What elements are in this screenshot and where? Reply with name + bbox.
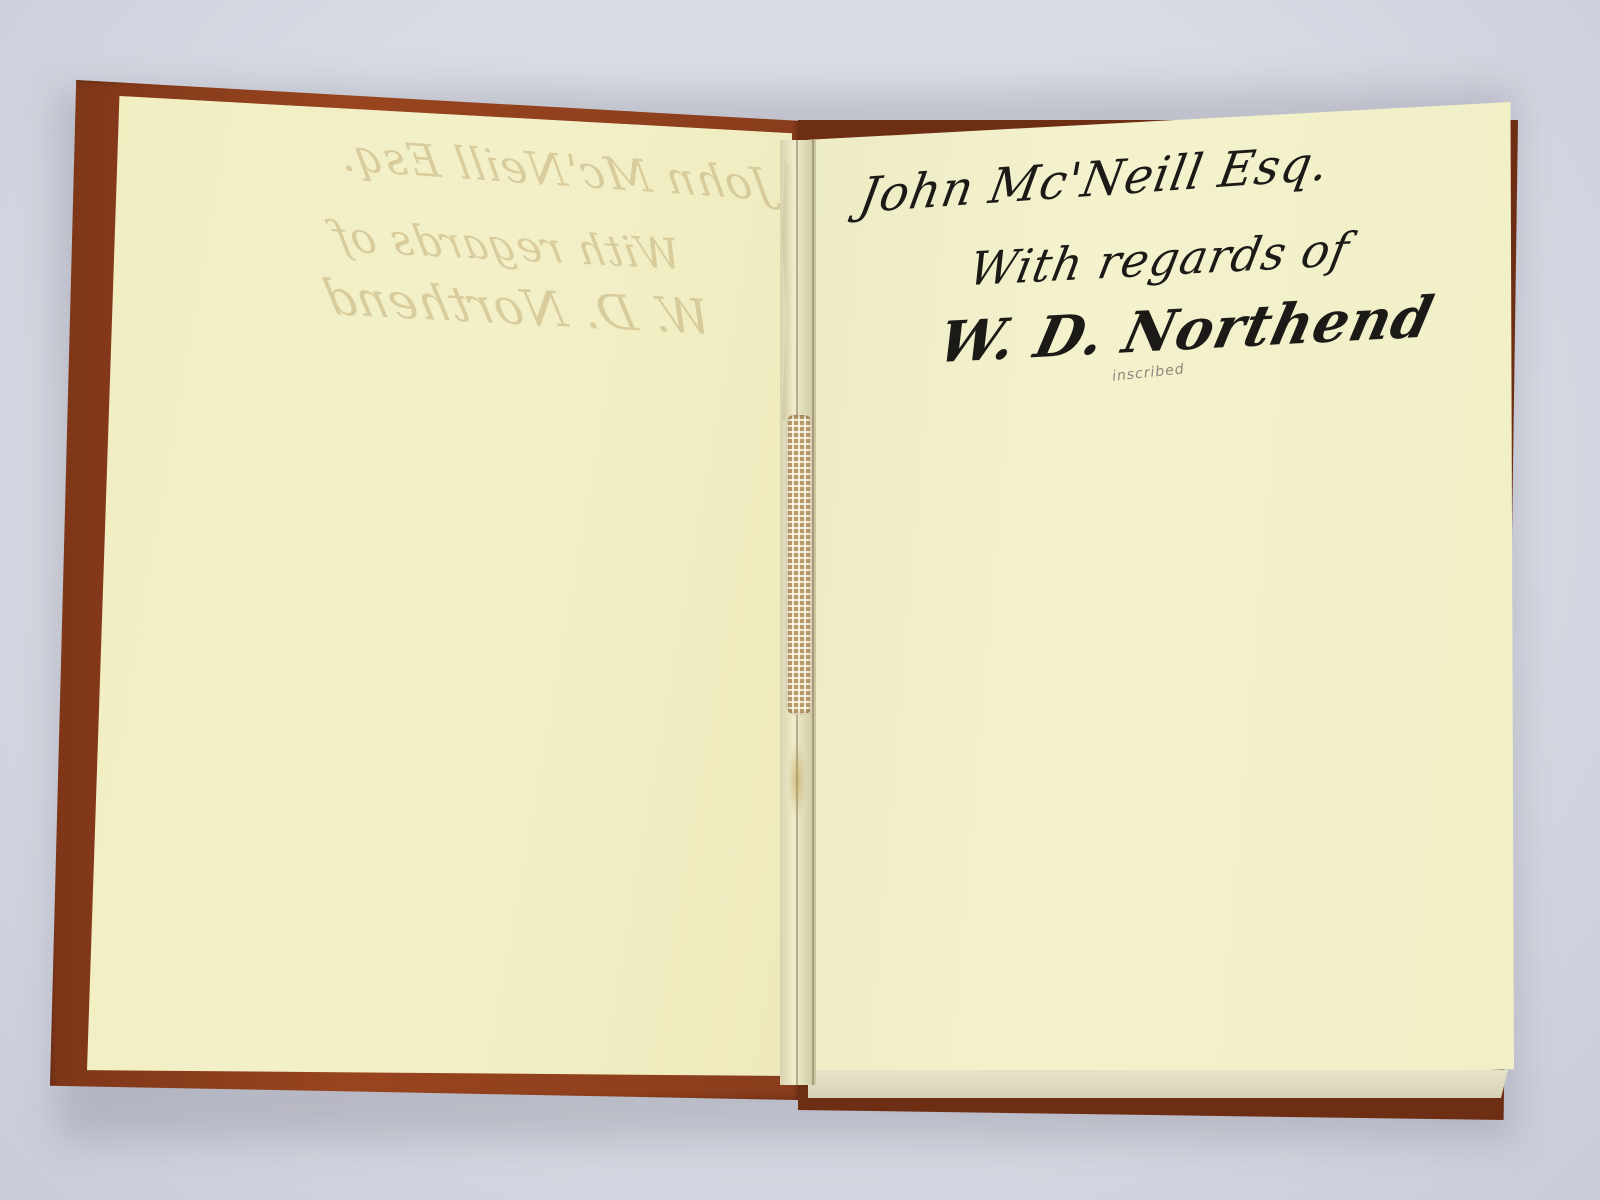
text-block-edge [808,1070,1508,1098]
ghost-line-2: With regards of [328,212,685,280]
exposed-mull-fabric [786,415,812,715]
glue-stain [788,740,806,820]
ghost-line-3: W. D. Northend [317,269,716,346]
inscription-signature: W. D. Northend [932,284,1440,377]
inscription-regards: With regards of [965,222,1354,296]
book-photo: John Mc'Neill Esq. With regards of W. D.… [0,0,1600,1200]
ghost-offset-inscription: John Mc'Neill Esq. With regards of W. D.… [250,150,770,370]
flyleaf-crease [812,140,814,1085]
